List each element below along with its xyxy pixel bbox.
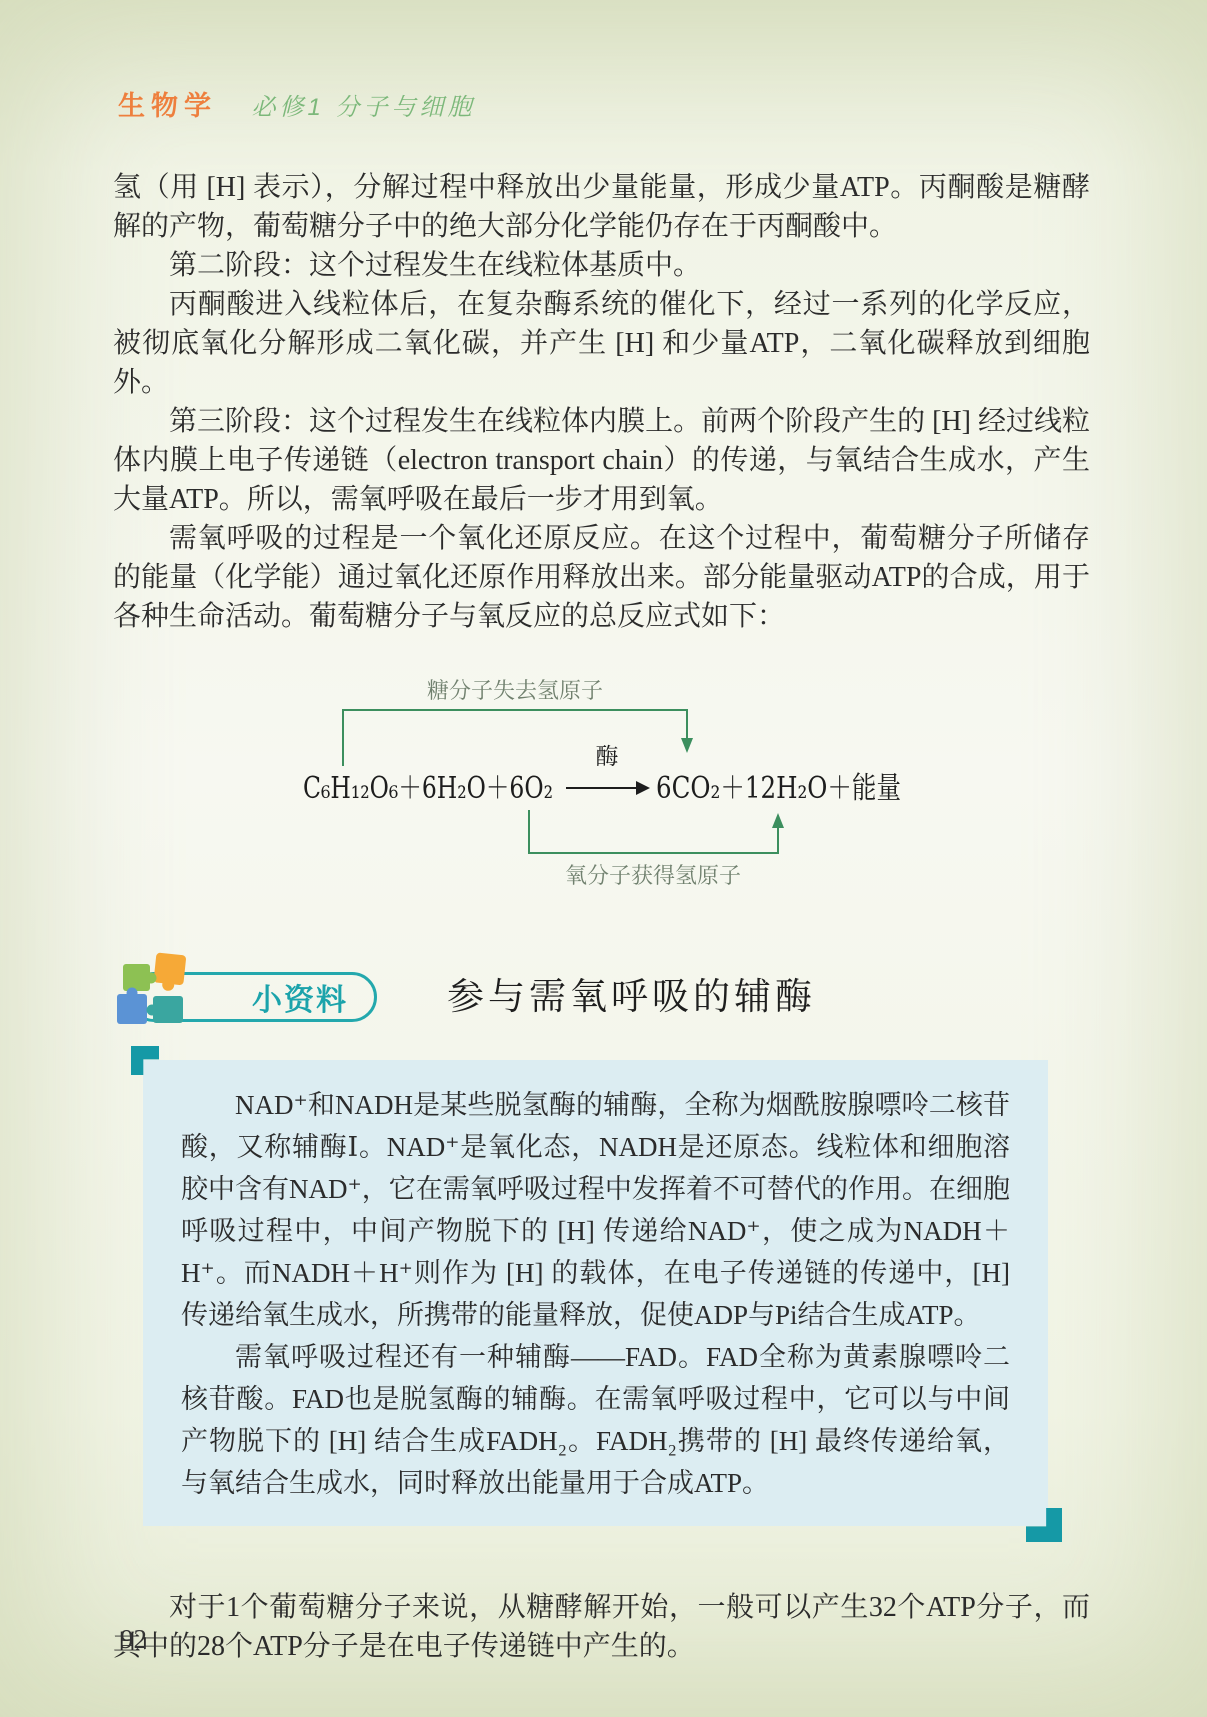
info-paragraph: 需氧呼吸过程还有一种辅酶——FAD。FAD全称为黄素腺嘌呤二核苷酸。FAD也是脱… [181,1336,1010,1504]
up-arrow-icon [772,813,784,828]
page-content: 氢（用 [H] 表示），分解过程中释放出少量能量，形成少量ATP。丙酮酸是糖酵解… [113,168,1090,1666]
reaction-arrow-icon [636,781,650,795]
info-box: NAD⁺和NADH是某些脱氢酶的辅酶，全称为烟酰胺腺嘌呤二核苷酸，又称辅酶Ⅰ。N… [143,1060,1048,1526]
reaction-equation-diagram: 糖分子失去氢原子 C₆H₁₂O₆＋6H₂O＋6O₂ 酶 6CO₂＋12H₂O＋能… [283,658,943,898]
body-paragraph: 需氧呼吸的过程是一个氧化还原反应。在这个过程中，葡萄糖分子所储存的能量（化学能）… [113,519,1090,636]
subject-label: 生物学 [118,91,217,121]
equation-top-label: 糖分子失去氢原子 [427,678,603,703]
page-number: 92 [120,1624,147,1655]
info-title: 参与需氧呼吸的辅酶 [447,966,816,1020]
equation-bottom-label: 氧分子获得氢原子 [565,863,741,888]
body-paragraph: 第三阶段：这个过程发生在线粒体内膜上。前两个阶段产生的 [H] 经过线粒体内膜上… [113,402,1090,519]
bottom-bracket-line [529,810,778,853]
textbook-page: 生物学 必修1 分子与细胞 氢（用 [H] 表示），分解过程中释放出少量能量，形… [0,0,1207,1717]
info-badge-label: 小资料 [252,975,348,1019]
puzzle-icon [113,952,209,1034]
equation-catalyst: 酶 [596,744,619,769]
reaction-equation-svg: 糖分子失去氢原子 C₆H₁₂O₆＋6H₂O＋6O₂ 酶 6CO₂＋12H₂O＋能… [283,658,943,893]
corner-bracket-bottom-right-icon [1026,1508,1062,1542]
body-paragraph: 氢（用 [H] 表示），分解过程中释放出少量能量，形成少量ATP。丙酮酸是糖酵解… [113,168,1090,246]
page-header: 生物学 必修1 分子与细胞 [118,84,475,123]
info-section-header: 小资料 参与需氧呼吸的辅酶 [113,952,1090,1034]
closing-paragraph: 对于1个葡萄糖分子来说，从糖酵解开始，一般可以产生32个ATP分子，而其中的28… [113,1588,1090,1666]
corner-bracket-top-left-icon [131,1046,159,1075]
down-arrow-icon [681,738,693,753]
body-paragraph: 第二阶段：这个过程发生在线粒体基质中。 [113,246,1090,285]
volume-label: 必修1 分子与细胞 [251,94,475,121]
info-badge: 小资料 [113,952,385,1034]
info-paragraph: NAD⁺和NADH是某些脱氢酶的辅酶，全称为烟酰胺腺嘌呤二核苷酸，又称辅酶Ⅰ。N… [181,1084,1010,1336]
body-paragraph: 丙酮酸进入线粒体后，在复杂酶系统的催化下，经过一系列的化学反应，被彻底氧化分解形… [113,285,1090,402]
top-bracket-line [343,710,687,766]
equation-products: 6CO₂＋12H₂O＋能量 [656,771,901,806]
equation-reactants: C₆H₁₂O₆＋6H₂O＋6O₂ [303,771,553,806]
